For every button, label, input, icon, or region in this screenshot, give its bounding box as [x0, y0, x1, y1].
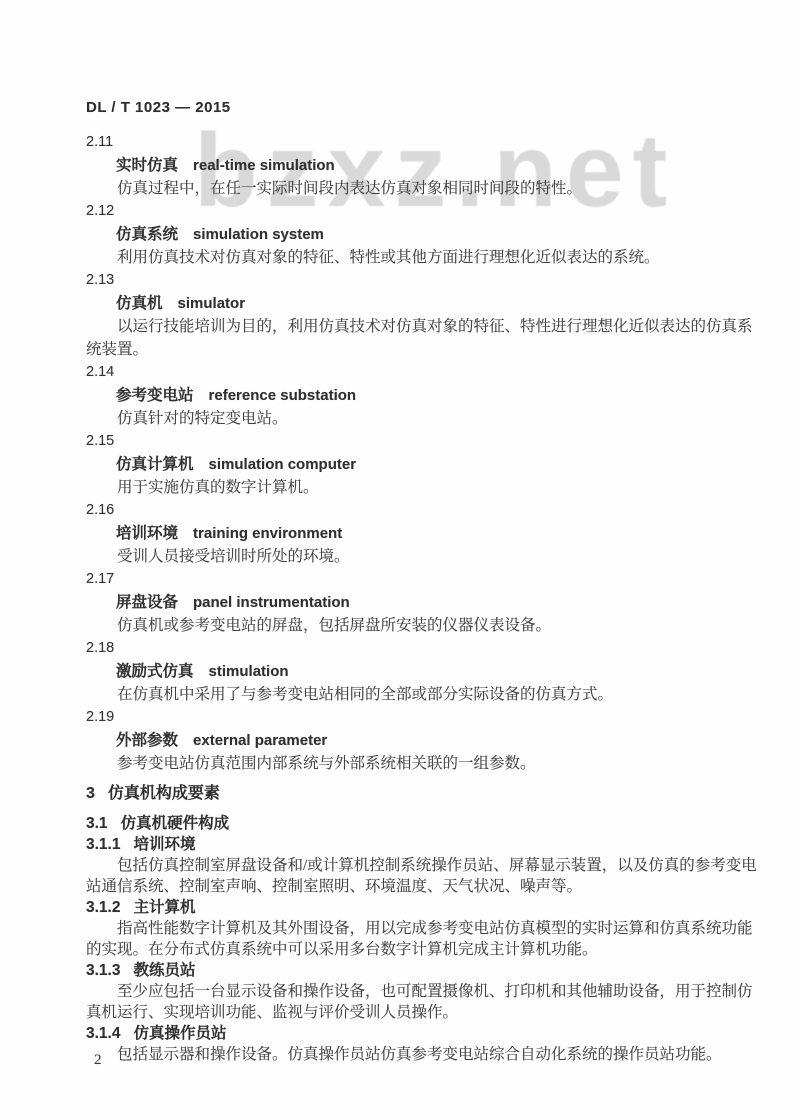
page-number: 2	[94, 1052, 102, 1069]
page-content: DL / T 1023 — 2015 2.11 实时仿真real-time si…	[0, 0, 800, 1065]
term-title: 仿真机simulator	[86, 292, 764, 315]
section-3: 3仿真机构成要素 3.1仿真机硬件构成 3.1.1培训环境 包括仿真控制室屏盘设…	[86, 783, 764, 1065]
term-number: 2.14	[86, 361, 764, 384]
term-title-zh: 培训环境	[116, 525, 178, 542]
term-number: 2.19	[86, 706, 764, 729]
clause-heading: 3.1.1培训环境	[86, 834, 764, 855]
term-title-en: training environment	[193, 525, 342, 542]
term-number: 2.11	[86, 131, 764, 154]
term-title: 激励式仿真stimulation	[86, 660, 764, 683]
term-title: 参考变电站reference substation	[86, 384, 764, 407]
clause-title: 培训环境	[133, 836, 195, 853]
term-title-en: real-time simulation	[193, 157, 335, 174]
document-page: bzxz.net DL / T 1023 — 2015 2.11 实时仿真rea…	[0, 0, 800, 1115]
term-title-en: simulation computer	[209, 456, 357, 473]
term-definition: 仿真过程中，在任一实际时间段内表达仿真对象相同时间段的特性。	[86, 177, 764, 200]
clause: 3.1.4仿真操作员站 包括显示器和操作设备。仿真操作员站仿真参考变电站综合自动…	[86, 1023, 764, 1065]
term-title-zh: 实时仿真	[116, 157, 178, 174]
term-title: 屏盘设备panel instrumentation	[86, 591, 764, 614]
term-definition: 以运行技能培训为目的，利用仿真技术对仿真对象的特征、特性进行理想化近似表达的仿真…	[86, 315, 764, 361]
clause-heading: 3.1.3教练员站	[86, 960, 764, 981]
term-entry: 2.17 屏盘设备panel instrumentation 仿真机或参考变电站…	[86, 568, 764, 637]
clause-number: 3.1.3	[86, 962, 120, 979]
term-title-en: stimulation	[209, 663, 289, 680]
term-title-en: simulator	[178, 295, 246, 312]
term-definition: 用于实施仿真的数字计算机。	[86, 476, 764, 499]
term-title: 仿真计算机simulation computer	[86, 453, 764, 476]
term-title-en: simulation system	[193, 226, 324, 243]
term-title-en: reference substation	[209, 387, 357, 404]
clause: 3.1.2主计算机 指高性能数字计算机及其外围设备，用以完成参考变电站仿真模型的…	[86, 897, 764, 960]
term-entry: 2.13 仿真机simulator 以运行技能培训为目的，利用仿真技术对仿真对象…	[86, 269, 764, 361]
term-title: 仿真系统simulation system	[86, 223, 764, 246]
term-number: 2.18	[86, 637, 764, 660]
term-definition: 利用仿真技术对仿真对象的特征、特性或其他方面进行理想化近似表达的系统。	[86, 246, 764, 269]
term-number: 2.13	[86, 269, 764, 292]
subsection-number: 3.1	[86, 815, 108, 832]
term-title-zh: 仿真机	[116, 295, 163, 312]
clause-number: 3.1.1	[86, 836, 120, 853]
clause-body: 包括仿真控制室屏盘设备和/或计算机控制系统操作员站、屏幕显示装置，以及仿真的参考…	[86, 855, 764, 897]
section-heading: 3仿真机构成要素	[86, 783, 764, 805]
clause-body: 至少应包括一台显示设备和操作设备，也可配置摄像机、打印机和其他辅助设备，用于控制…	[86, 981, 764, 1023]
term-definition: 参考变电站仿真范围内部系统与外部系统相关联的一组参数。	[86, 752, 764, 775]
term-entry: 2.16 培训环境training environment 受训人员接受培训时所…	[86, 499, 764, 568]
term-title-en: panel instrumentation	[193, 594, 350, 611]
clause-title: 主计算机	[133, 899, 195, 916]
clause: 3.1.3教练员站 至少应包括一台显示设备和操作设备，也可配置摄像机、打印机和其…	[86, 960, 764, 1023]
clause-title: 仿真操作员站	[133, 1025, 226, 1042]
term-number: 2.12	[86, 200, 764, 223]
term-entry: 2.18 激励式仿真stimulation 在仿真机中采用了与参考变电站相同的全…	[86, 637, 764, 706]
term-title-zh: 激励式仿真	[116, 663, 194, 680]
term-title-zh: 外部参数	[116, 732, 178, 749]
term-title-zh: 屏盘设备	[116, 594, 178, 611]
term-entry: 2.12 仿真系统simulation system 利用仿真技术对仿真对象的特…	[86, 200, 764, 269]
term-definition: 在仿真机中采用了与参考变电站相同的全部或部分实际设备的仿真方式。	[86, 683, 764, 706]
section-number: 3	[86, 785, 95, 802]
clause-title: 教练员站	[133, 962, 195, 979]
term-entry: 2.15 仿真计算机simulation computer 用于实施仿真的数字计…	[86, 430, 764, 499]
clause-number: 3.1.4	[86, 1025, 120, 1042]
clause-body: 包括显示器和操作设备。仿真操作员站仿真参考变电站综合自动化系统的操作员站功能。	[86, 1044, 764, 1065]
clause: 3.1.1培训环境 包括仿真控制室屏盘设备和/或计算机控制系统操作员站、屏幕显示…	[86, 834, 764, 897]
term-title-zh: 仿真系统	[116, 226, 178, 243]
term-definition: 受训人员接受培训时所处的环境。	[86, 545, 764, 568]
clause-heading: 3.1.4仿真操作员站	[86, 1023, 764, 1044]
term-title-zh: 参考变电站	[116, 387, 194, 404]
term-title-en: external parameter	[193, 732, 327, 749]
clause-body: 指高性能数字计算机及其外围设备，用以完成参考变电站仿真模型的实时运算和仿真系统功…	[86, 918, 764, 960]
term-title-zh: 仿真计算机	[116, 456, 194, 473]
term-definition: 仿真针对的特定变电站。	[86, 407, 764, 430]
subsection-title: 仿真机硬件构成	[121, 815, 230, 832]
term-number: 2.16	[86, 499, 764, 522]
term-definition: 仿真机或参考变电站的屏盘，包括屏盘所安装的仪器仪表设备。	[86, 614, 764, 637]
term-title: 培训环境training environment	[86, 522, 764, 545]
clause-heading: 3.1.2主计算机	[86, 897, 764, 918]
term-number: 2.17	[86, 568, 764, 591]
term-entry: 2.14 参考变电站reference substation 仿真针对的特定变电…	[86, 361, 764, 430]
section-title: 仿真机构成要素	[108, 785, 220, 802]
document-header: DL / T 1023 — 2015	[86, 99, 764, 116]
term-entry: 2.19 外部参数external parameter 参考变电站仿真范围内部系…	[86, 706, 764, 775]
term-title: 实时仿真real-time simulation	[86, 154, 764, 177]
term-entry: 2.11 实时仿真real-time simulation 仿真过程中，在任一实…	[86, 131, 764, 200]
clause-number: 3.1.2	[86, 899, 120, 916]
subsection-heading: 3.1仿真机硬件构成	[86, 813, 764, 834]
term-number: 2.15	[86, 430, 764, 453]
term-title: 外部参数external parameter	[86, 729, 764, 752]
